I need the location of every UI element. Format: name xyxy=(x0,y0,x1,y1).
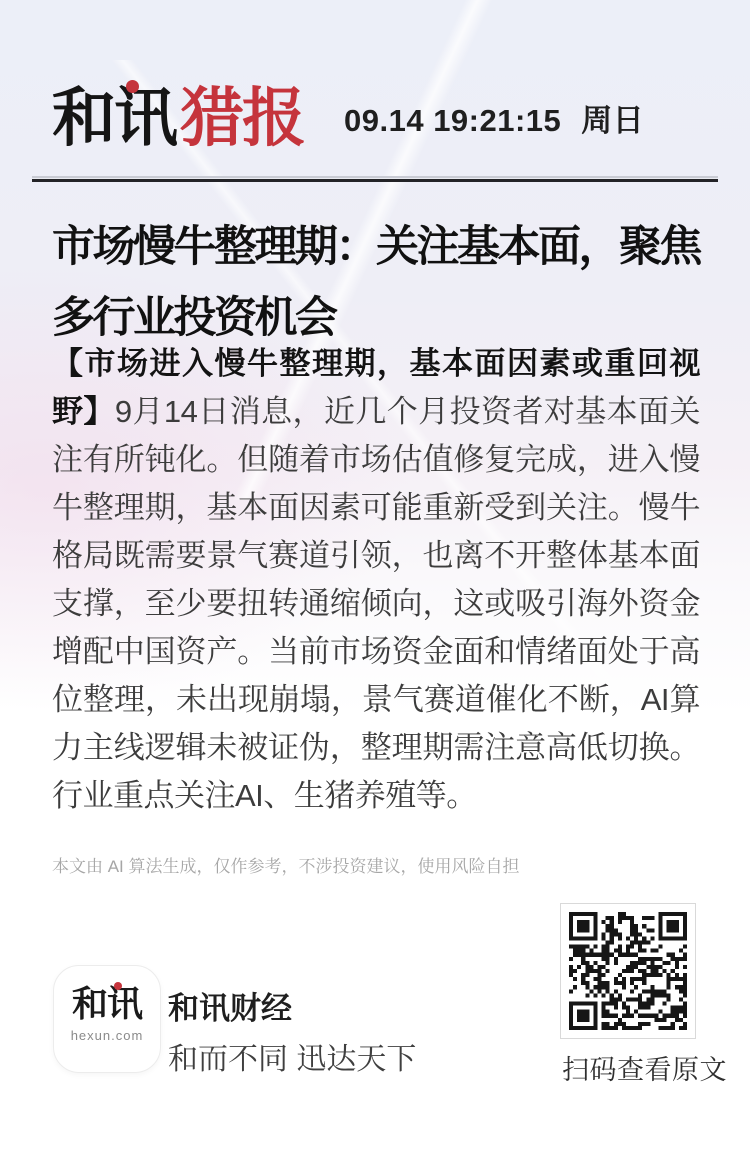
article-title: 市场慢牛整理期：关注基本面，聚焦多行业投资机会 xyxy=(52,212,704,354)
hexun-logo-small: 和讯 xyxy=(72,986,142,1022)
header: 和讯猎报 09.14 19:21:15周日 xyxy=(52,86,710,150)
header-divider xyxy=(32,176,718,182)
qr-caption: 扫码查看原文 xyxy=(562,1048,727,1087)
logo-red-dot-icon xyxy=(126,80,139,93)
timestamp: 09.14 19:21:15周日 xyxy=(344,95,644,150)
qr-code xyxy=(560,903,696,1039)
article-body: 【市场进入慢牛整理期，基本面因素或重回视野】9月14日消息，近几个月投资者对基本… xyxy=(52,340,700,820)
brand-name: 和讯财经 xyxy=(168,983,292,1028)
date-time-text: 09.14 19:21:15 xyxy=(344,103,561,138)
brand-slogan: 和而不同 迅达天下 xyxy=(168,1034,416,1078)
news-card: 和讯猎报 09.14 19:21:15周日 市场慢牛整理期：关注基本面，聚焦多行… xyxy=(0,0,750,1153)
logo-red-dot-icon xyxy=(114,982,122,990)
logo-red-text: 猎报 xyxy=(180,82,304,154)
logo-black-text: 和讯 xyxy=(52,82,176,154)
hexun-liebao-logo: 和讯猎报 xyxy=(52,86,304,150)
hexun-domain-text: hexun.com xyxy=(54,1028,160,1043)
hexun-app-icon: 和讯 hexun.com xyxy=(53,965,161,1073)
weekday-text: 周日 xyxy=(581,103,644,138)
article-body-text: 9月14日消息，近几个月投资者对基本面关注有所钝化。但随着市场估值修复完成，进入… xyxy=(52,394,700,813)
ai-disclaimer: 本文由 AI 算法生成，仅作参考，不涉投资建议，使用风险自担 xyxy=(52,852,520,877)
hexun-logo-small-text: 和讯 xyxy=(72,983,142,1024)
